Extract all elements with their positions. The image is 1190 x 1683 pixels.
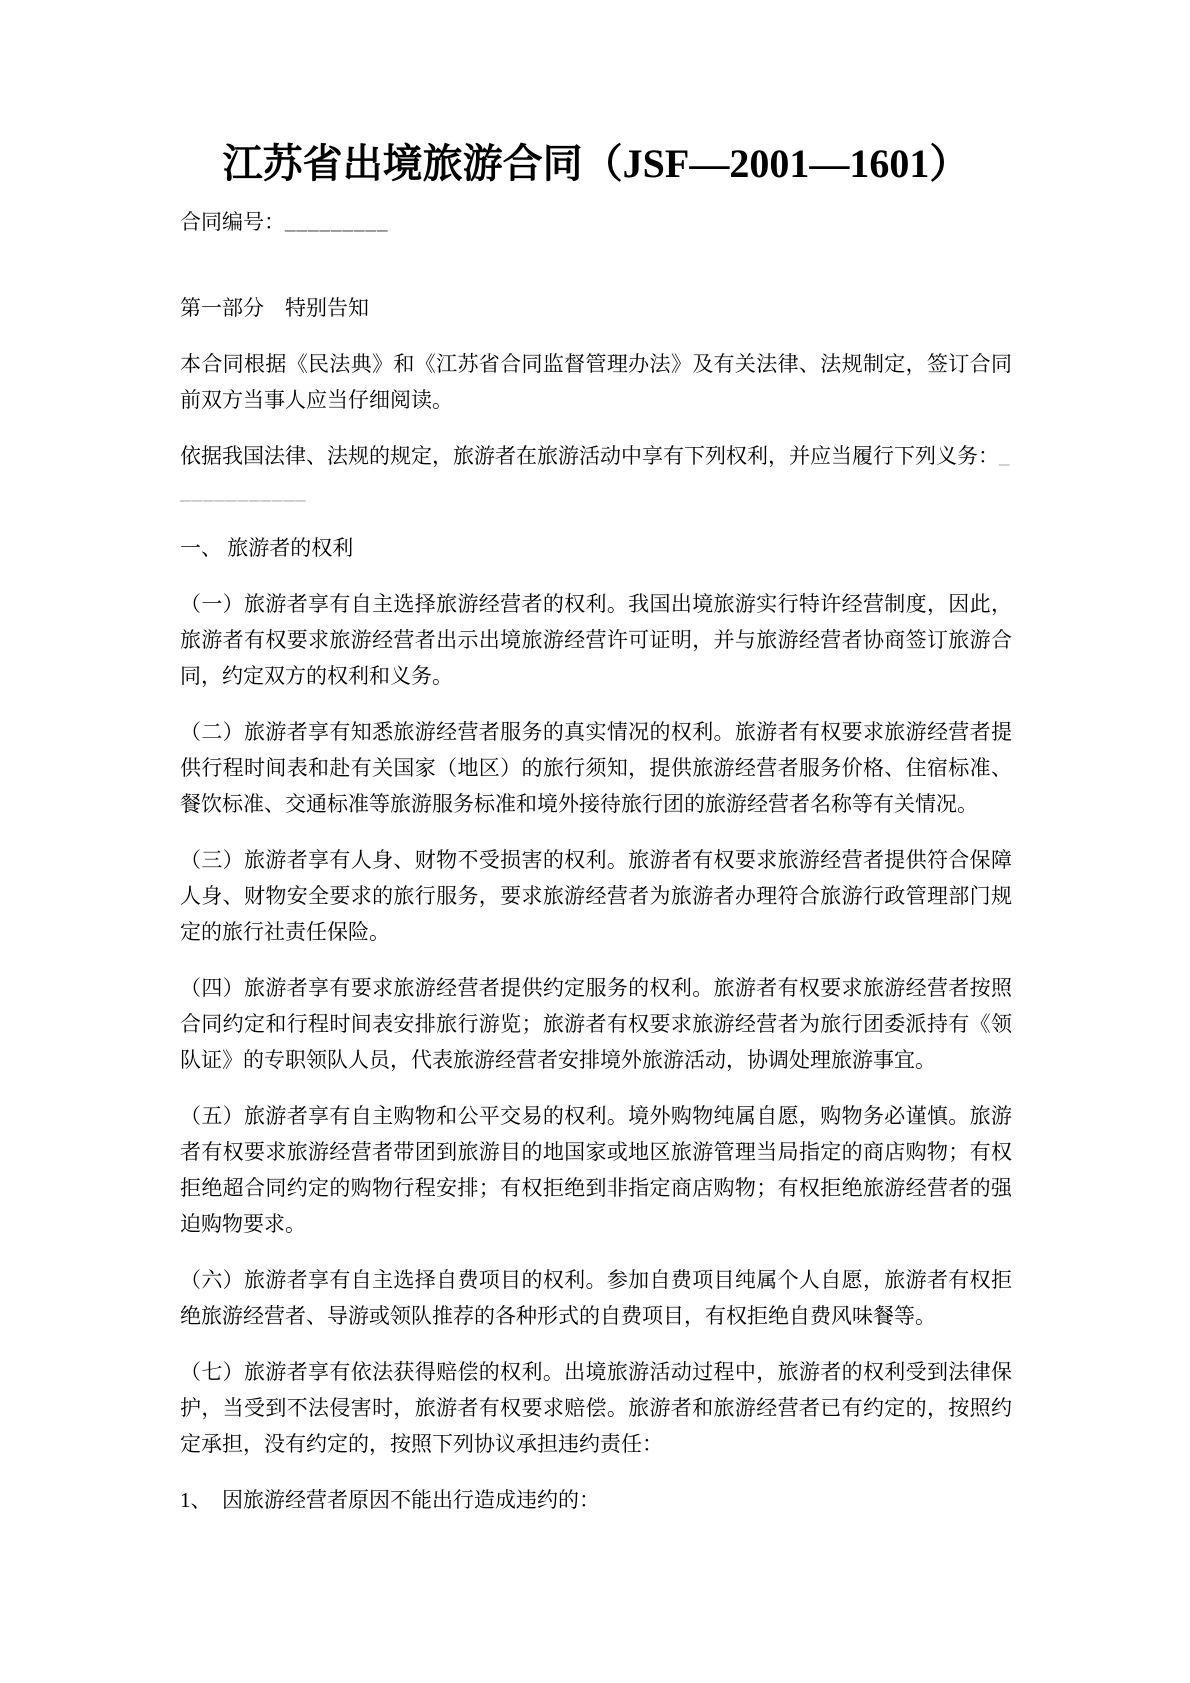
obligations-inline-blank: _ bbox=[999, 444, 1011, 468]
paragraph-right-5: （五）旅游者享有自主购物和公平交易的权利。境外购物纯属自愿，购物务必谨慎。旅游者… bbox=[180, 1098, 1012, 1242]
obligations-blank-line: ___________ bbox=[180, 480, 307, 504]
section1-heading: 一、 旅游者的权利 bbox=[180, 530, 1012, 566]
paragraph-right-6: （六）旅游者享有自主选择自费项目的权利。参加自费项目纯属个人自愿，旅游者有权拒绝… bbox=[180, 1262, 1012, 1334]
list-item-1: 1、 因旅游经营者原因不能出行造成违约的： bbox=[180, 1482, 1012, 1518]
paragraph-right-7: （七）旅游者享有依法获得赔偿的权利。出境旅游活动过程中，旅游者的权利受到法律保护… bbox=[180, 1354, 1012, 1462]
paragraph-right-2: （二）旅游者享有知悉旅游经营者服务的真实情况的权利。旅游者有权要求旅游经营者提供… bbox=[180, 714, 1012, 822]
paragraph-right-1: （一）旅游者享有自主选择旅游经营者的权利。我国出境旅游实行特许经营制度，因此，旅… bbox=[180, 586, 1012, 694]
paragraph-obligations-intro: 依据我国法律、法规的规定，旅游者在旅游活动中享有下列权利，并应当履行下列义务：_… bbox=[180, 438, 1012, 510]
page-title: 江苏省出境旅游合同（JSF—2001—1601） bbox=[180, 140, 1012, 188]
obligations-intro-text: 依据我国法律、法规的规定，旅游者在旅游活动中享有下列权利，并应当履行下列义务： bbox=[180, 444, 999, 468]
paragraph-legal-basis: 本合同根据《民法典》和《江苏省合同监督管理办法》及有关法律、法规制定，签订合同前… bbox=[180, 346, 1012, 418]
paragraph-right-4: （四）旅游者享有要求旅游经营者提供约定服务的权利。旅游者有权要求旅游经营者按照合… bbox=[180, 970, 1012, 1078]
contract-number-line: 合同编号：_________ bbox=[180, 204, 1012, 240]
contract-number-blank: _________ bbox=[285, 210, 389, 234]
part1-heading: 第一部分 特别告知 bbox=[180, 290, 1012, 326]
document-page: 江苏省出境旅游合同（JSF—2001—1601） 合同编号：_________ … bbox=[0, 0, 1190, 1683]
paragraph-right-3: （三）旅游者享有人身、财物不受损害的权利。旅游者有权要求旅游经营者提供符合保障人… bbox=[180, 842, 1012, 950]
contract-number-label: 合同编号： bbox=[180, 210, 285, 234]
